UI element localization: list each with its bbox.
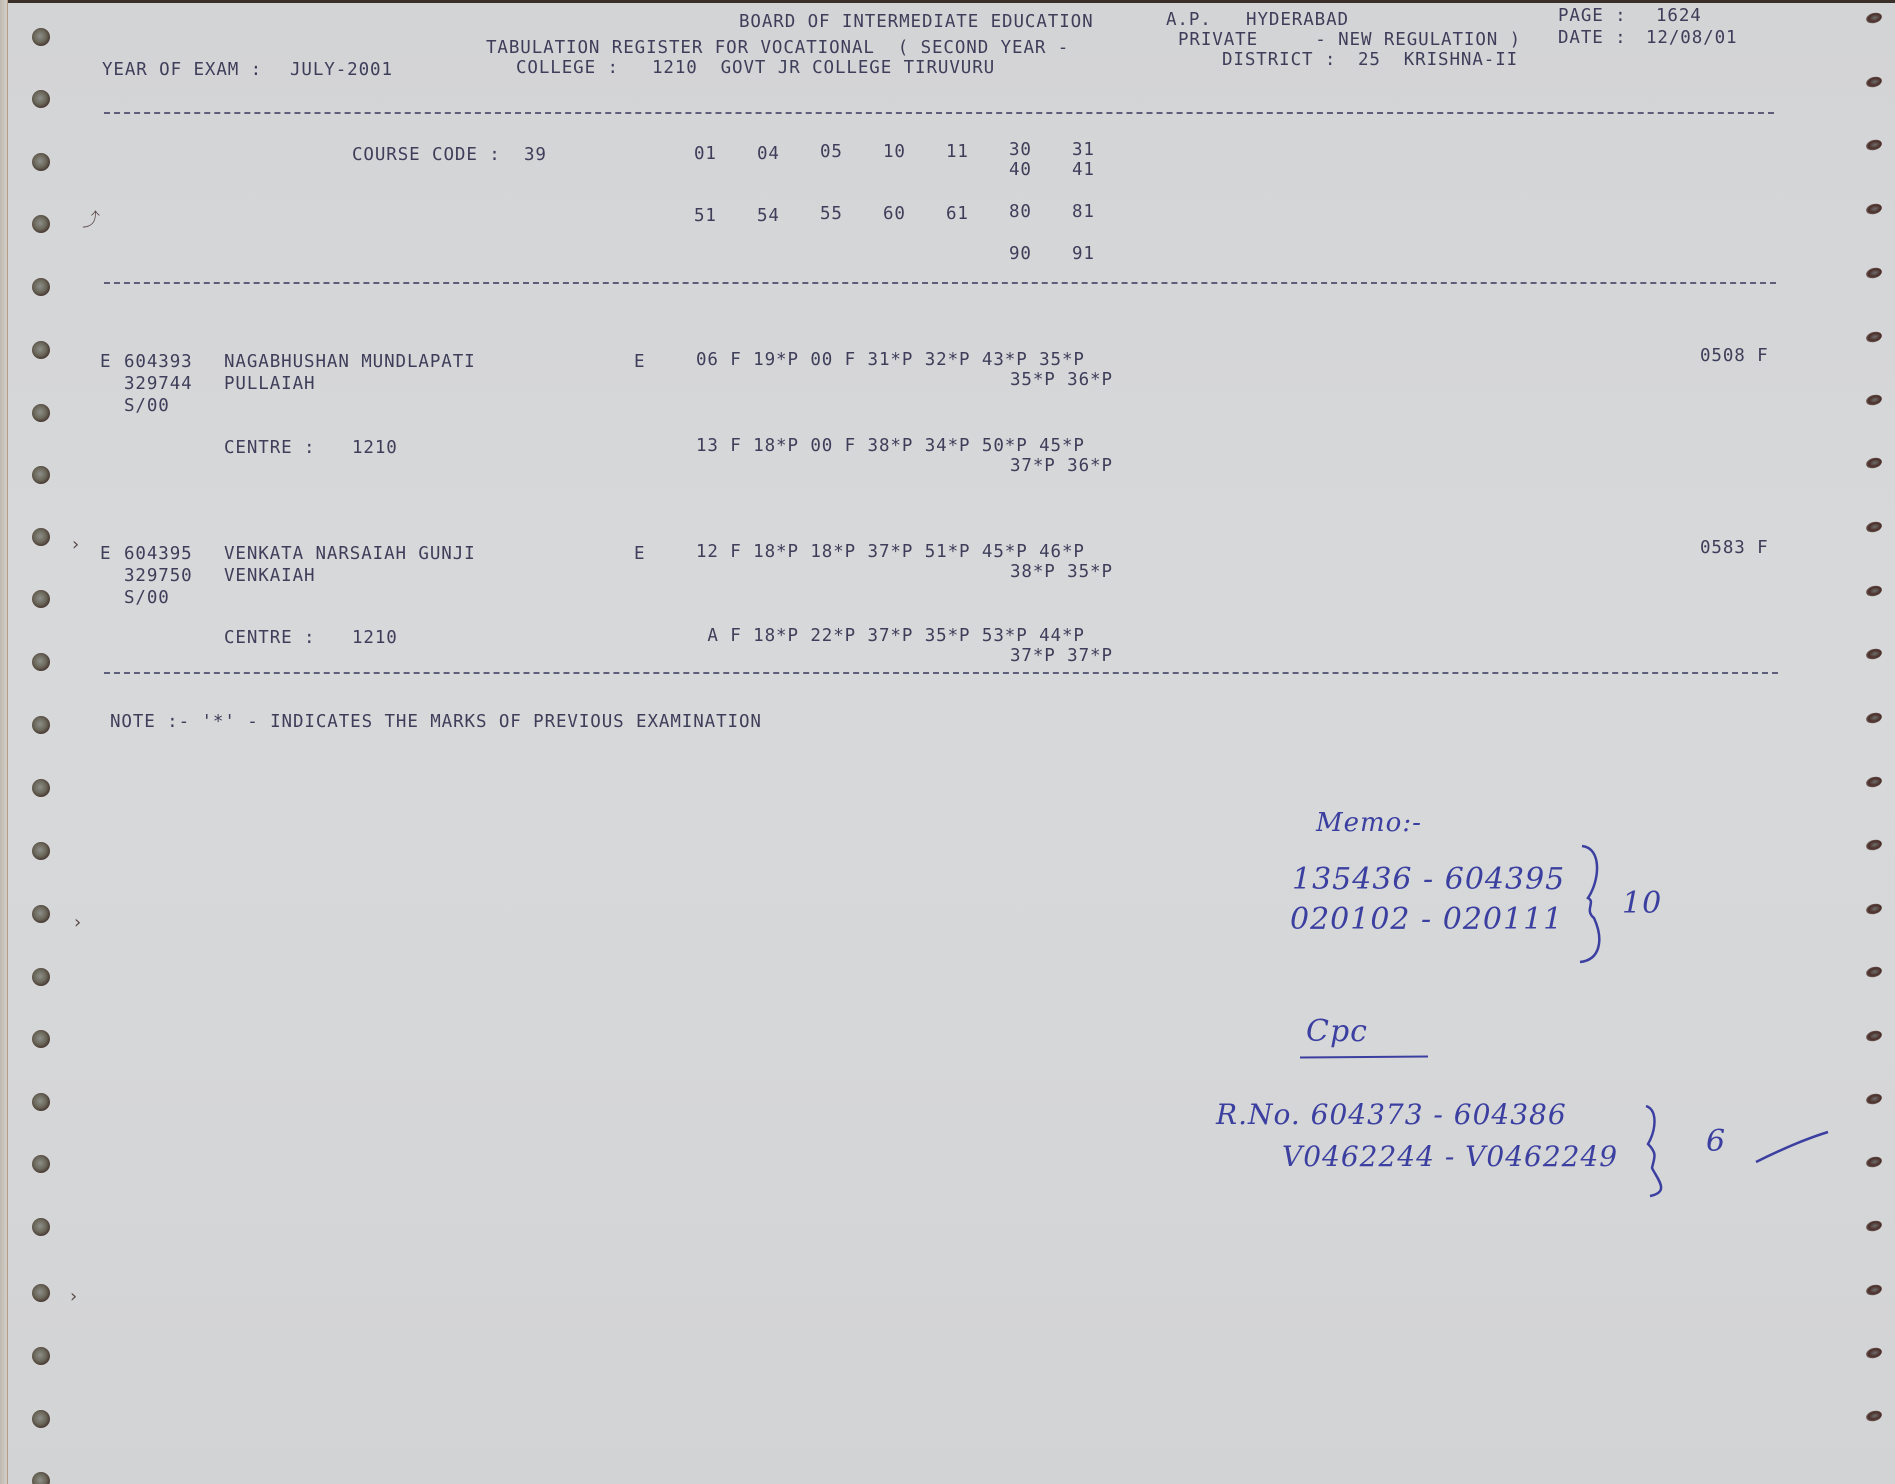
medium: E xyxy=(634,352,645,372)
hall-ticket-number: 604393 xyxy=(124,352,193,372)
punch-hole-icon xyxy=(32,341,50,359)
board-title: BOARD OF INTERMEDIATE EDUCATION xyxy=(739,12,1094,32)
cpc-underline xyxy=(1300,1055,1428,1058)
first-year-marks: 12 F 18*P 18*P 37*P 51*P 45*P 46*P xyxy=(696,542,1085,562)
medium: E xyxy=(634,544,645,564)
punch-hole-icon xyxy=(32,1155,50,1173)
centre-value: 1210 xyxy=(352,628,398,648)
separator-line xyxy=(104,672,1778,674)
subject-code: 05 xyxy=(820,142,843,162)
course-code-value: 39 xyxy=(524,145,547,165)
centre-label: CENTRE : xyxy=(224,628,316,648)
separator-line xyxy=(104,112,1774,114)
registration-number: 329750 xyxy=(124,566,193,586)
student-status: S/00 xyxy=(124,396,170,416)
second-year-marks-extra: 37*P 36*P xyxy=(1010,456,1113,476)
brace-icon xyxy=(1574,840,1614,966)
paper-top-edge xyxy=(0,0,1895,3)
student-name: NAGABHUSHAN MUNDLAPATI xyxy=(224,352,476,372)
punch-hole-icon xyxy=(32,90,50,108)
student-name: VENKATA NARSAIAH GUNJI xyxy=(224,544,476,564)
subject-code: 81 xyxy=(1072,202,1095,222)
punch-hole-icon xyxy=(32,653,50,671)
year-of-exam-value: JULY-2001 xyxy=(290,60,393,80)
cpc-heading: Cpc xyxy=(1306,1014,1368,1049)
punch-hole-icon xyxy=(32,215,50,233)
register-title: TABULATION REGISTER FOR VOCATIONAL ( SEC… xyxy=(486,38,1069,58)
subject-code: 04 xyxy=(757,144,780,164)
punch-hole-icon xyxy=(32,153,50,171)
punch-hole-icon xyxy=(32,1284,50,1302)
student-status: S/00 xyxy=(124,588,170,608)
punch-hole-icon xyxy=(32,905,50,923)
subject-code: 40 xyxy=(1009,160,1032,180)
subject-code: 55 xyxy=(820,204,843,224)
father-name: VENKAIAH xyxy=(224,566,316,586)
district-label: DISTRICT : xyxy=(1222,50,1336,70)
centre-value: 1210 xyxy=(352,438,398,458)
separator-line xyxy=(104,282,1776,284)
subject-code: 90 xyxy=(1009,244,1032,264)
punch-hole-icon xyxy=(32,842,50,860)
punch-hole-icon xyxy=(32,278,50,296)
punch-hole-icon xyxy=(32,1347,50,1365)
punch-hole-icon xyxy=(32,1030,50,1048)
first-year-marks: 06 F 19*P 00 F 31*P 32*P 43*P 35*P xyxy=(696,350,1085,370)
page-label: PAGE : xyxy=(1558,6,1627,26)
cpc-count: 6 xyxy=(1706,1124,1726,1159)
subject-code: 61 xyxy=(946,204,969,224)
punch-hole-icon xyxy=(32,1410,50,1428)
punch-hole-icon xyxy=(32,466,50,484)
hall-ticket-number: 604395 xyxy=(124,544,193,564)
subject-code: 11 xyxy=(946,142,969,162)
punch-hole-icon xyxy=(32,1218,50,1236)
cpc-line-1: R.No. 604373 - 604386 xyxy=(1216,1098,1567,1131)
subject-code: 54 xyxy=(757,206,780,226)
student-prefix: E xyxy=(100,352,111,372)
second-year-marks-extra: 37*P 37*P xyxy=(1010,646,1113,666)
punch-hole-icon xyxy=(32,404,50,422)
subject-code: 10 xyxy=(883,142,906,162)
paper-left-edge xyxy=(0,0,8,1484)
punch-hole-icon xyxy=(32,716,50,734)
father-name: PULLAIAH xyxy=(224,374,316,394)
tick-mark-icon xyxy=(1752,1128,1832,1168)
second-year-marks: 13 F 18*P 00 F 38*P 34*P 50*P 45*P xyxy=(696,436,1085,456)
subject-code: 91 xyxy=(1072,244,1095,264)
punch-hole-icon xyxy=(32,968,50,986)
subject-code: 51 xyxy=(694,206,717,226)
memo-line-2: 020102 - 020111 xyxy=(1290,902,1563,937)
subject-code: 60 xyxy=(883,204,906,224)
second-year-marks: A F 18*P 22*P 37*P 35*P 53*P 44*P xyxy=(696,626,1085,646)
course-code-label: COURSE CODE : xyxy=(352,145,501,165)
margin-arrow-icon: › xyxy=(70,534,81,555)
total-result: 0508 F xyxy=(1700,346,1769,366)
punch-hole-icon xyxy=(32,1472,50,1484)
memo-heading: Memo:- xyxy=(1316,808,1422,838)
brace-icon xyxy=(1640,1100,1690,1200)
subject-code: 31 xyxy=(1072,140,1095,160)
memo-count: 10 xyxy=(1622,886,1662,921)
margin-arrow-icon: › xyxy=(68,1286,79,1307)
centre-label: CENTRE : xyxy=(224,438,316,458)
punch-hole-icon xyxy=(32,28,50,46)
cpc-line-2: V0462244 - V0462249 xyxy=(1282,1140,1618,1173)
district-value: 25 KRISHNA-II xyxy=(1358,50,1518,70)
first-year-marks-extra: 38*P 35*P xyxy=(1010,562,1113,582)
register-type: PRIVATE - NEW REGULATION ) xyxy=(1178,30,1521,50)
college-label: COLLEGE : xyxy=(516,58,619,78)
board-location: A.P. HYDERABAD xyxy=(1166,10,1349,30)
first-year-marks-extra: 35*P 36*P xyxy=(1010,370,1113,390)
tabulation-register-page: BOARD OF INTERMEDIATE EDUCATION A.P. HYD… xyxy=(6,0,1895,1484)
subject-code: 01 xyxy=(694,144,717,164)
college-value: 1210 GOVT JR COLLEGE TIRUVURU xyxy=(652,58,995,78)
footnote: NOTE :- '*' - INDICATES THE MARKS OF PRE… xyxy=(110,712,762,732)
punch-hole-icon xyxy=(32,590,50,608)
total-result: 0583 F xyxy=(1700,538,1769,558)
date-label: DATE : xyxy=(1558,28,1627,48)
margin-mark-icon: ⤴ xyxy=(82,206,100,232)
subject-code: 80 xyxy=(1009,202,1032,222)
margin-arrow-icon: › xyxy=(72,912,83,933)
page-number: 1624 xyxy=(1656,6,1702,26)
subject-code: 41 xyxy=(1072,160,1095,180)
student-prefix: E xyxy=(100,544,111,564)
punch-hole-icon xyxy=(32,1093,50,1111)
memo-line-1: 135436 - 604395 xyxy=(1292,862,1565,897)
punch-hole-icon xyxy=(32,779,50,797)
punch-hole-icon xyxy=(32,528,50,546)
year-of-exam-label: YEAR OF EXAM : xyxy=(102,60,262,80)
date-value: 12/08/01 xyxy=(1646,28,1738,48)
subject-code: 30 xyxy=(1009,140,1032,160)
registration-number: 329744 xyxy=(124,374,193,394)
